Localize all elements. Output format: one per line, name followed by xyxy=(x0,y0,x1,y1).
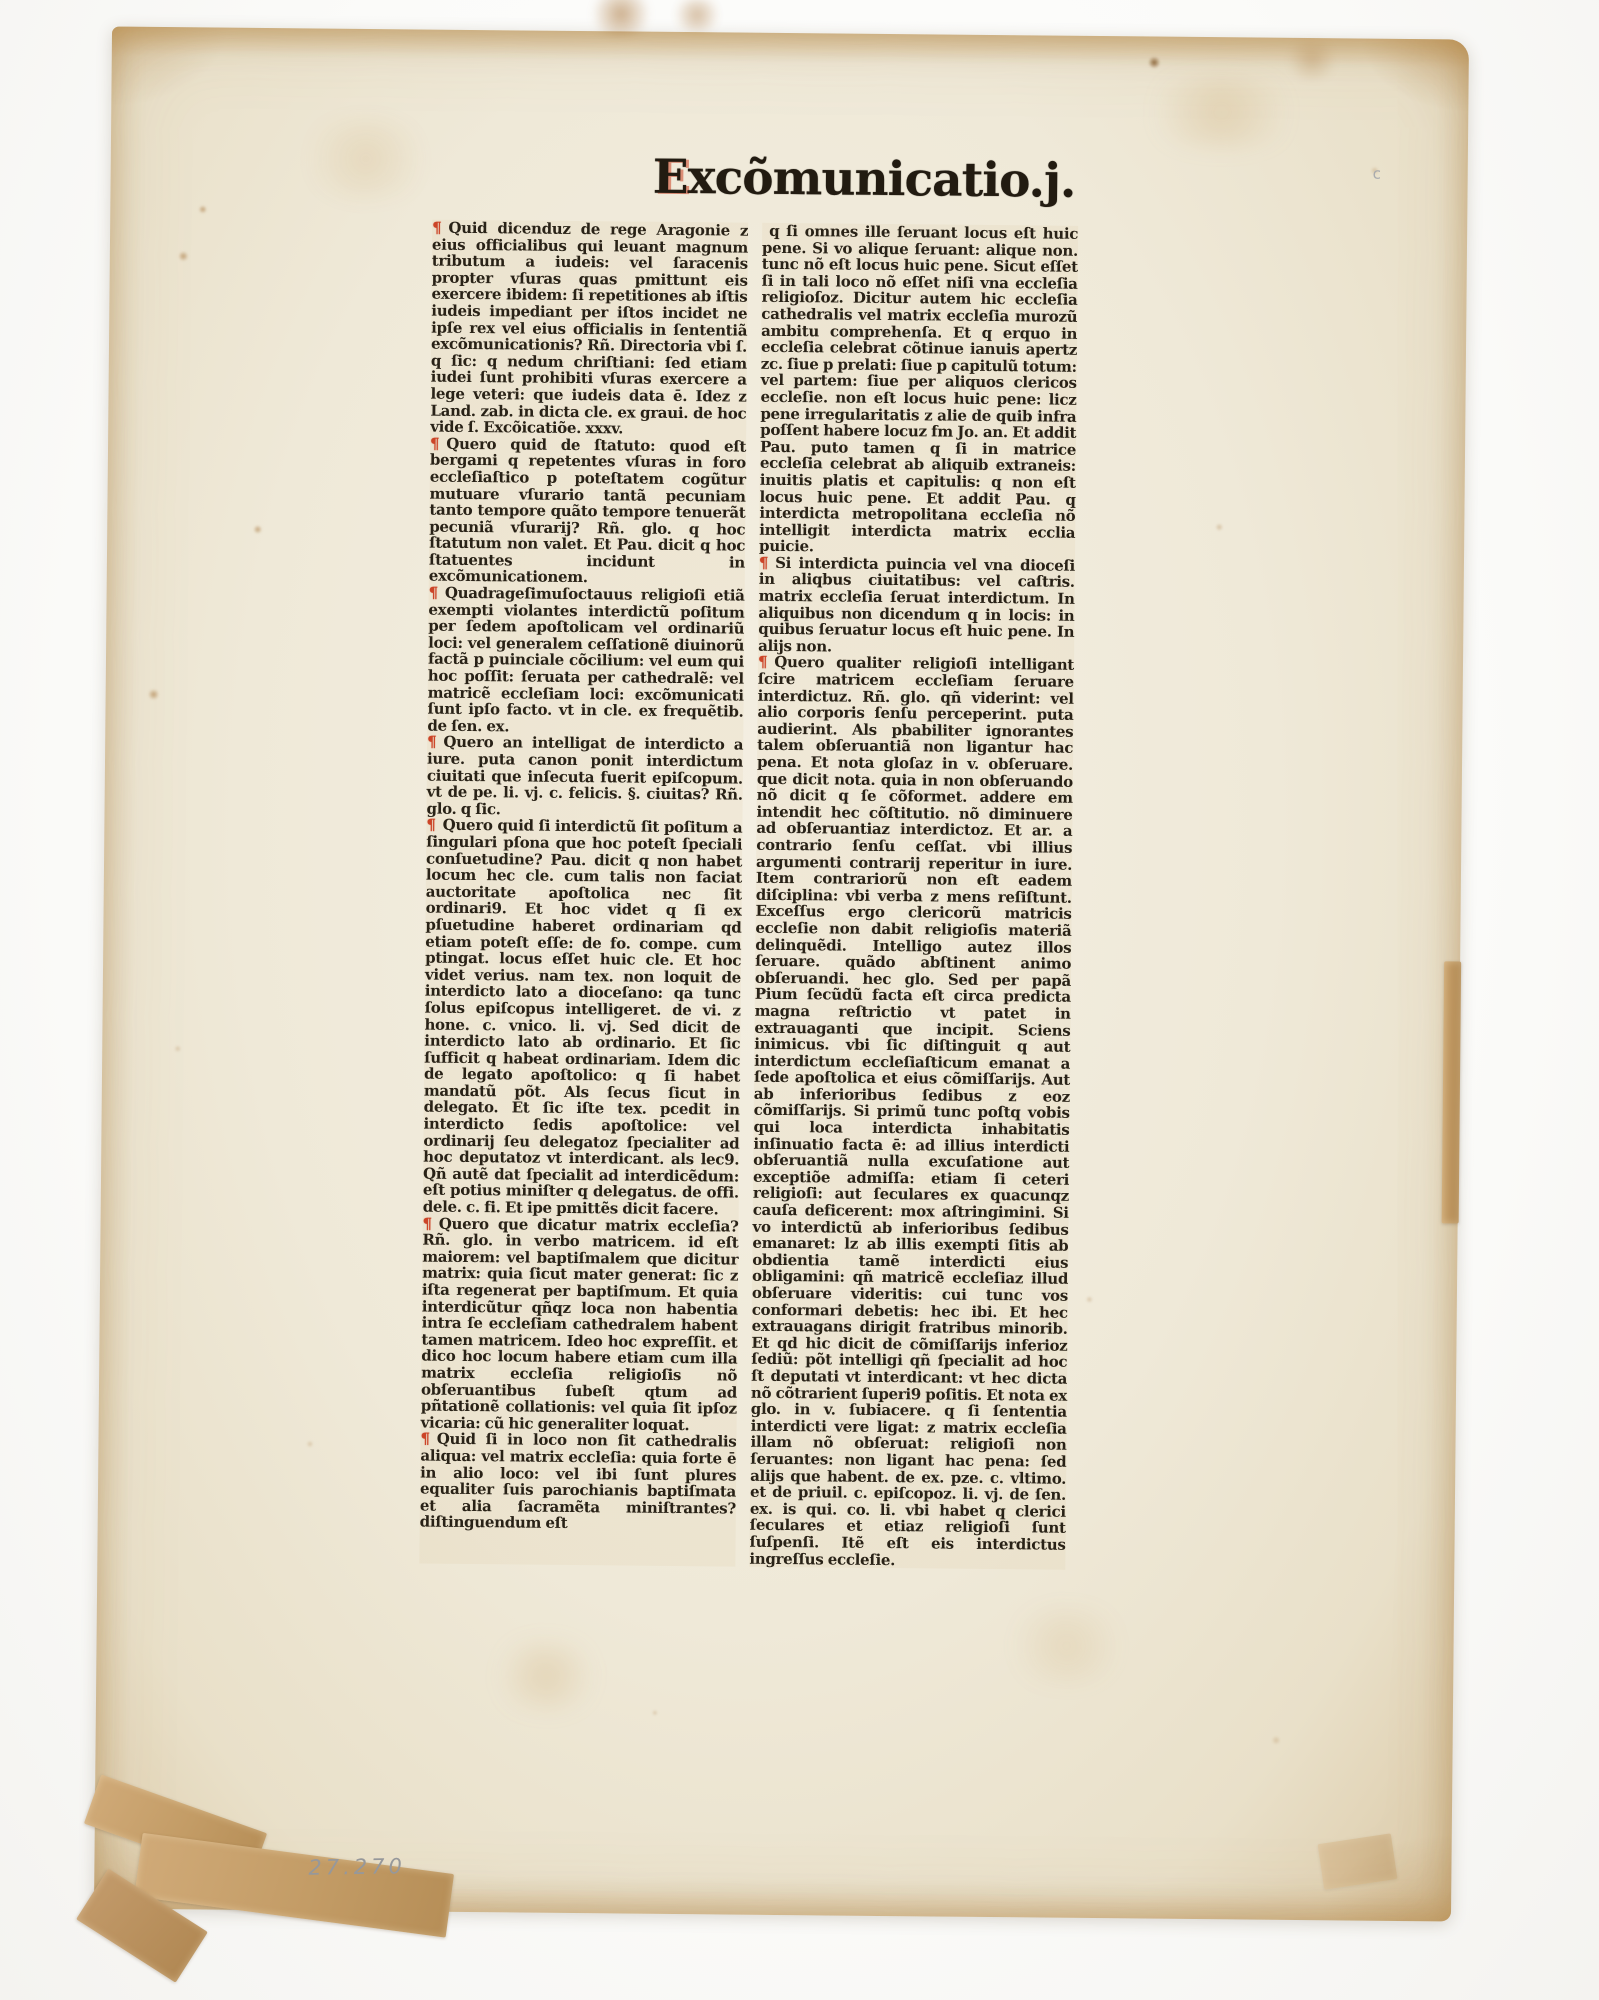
paragraph: ¶Quero quid ſi interdictũ ſit poſitum a … xyxy=(423,817,743,1218)
paragraph: ¶Quid dicenduz de rege Aragonie z eius o… xyxy=(430,220,748,439)
tape-fragment-bottom-left-upper xyxy=(84,1775,267,1883)
inventory-number-pencil: 27.270 xyxy=(308,1854,406,1880)
foxing-spot xyxy=(1086,1296,1093,1303)
page-title: Excõmunicatio.j. xyxy=(110,145,1467,213)
pilcrow-mark: ¶ xyxy=(430,434,446,452)
pilcrow-mark: ¶ xyxy=(758,653,774,671)
tape-fragment-bottom-left-lower xyxy=(76,1869,208,1983)
tape-fragment-bottom-left-long xyxy=(134,1833,454,1938)
column-left: ¶Quid dicenduz de rege Aragonie z eius o… xyxy=(419,220,748,1567)
foxing-spot xyxy=(1148,56,1161,68)
pilcrow-mark: ¶ xyxy=(426,816,442,834)
foxing-spot xyxy=(306,1440,313,1447)
paragraph: ¶Si interdicta puincia vel vna dioceſi i… xyxy=(758,555,1075,658)
paragraph-text: Quero an intelligat de interdicto a iure… xyxy=(426,733,743,818)
photograph-background: Excõmunicatio.j. ¶Quid dicenduz de rege … xyxy=(0,0,1599,2000)
foxing-spot xyxy=(198,205,207,213)
stain-smudge xyxy=(668,0,726,32)
column-right: q ſi omnes ille ſeruant locus eſt huic p… xyxy=(749,223,1078,1570)
stain-patch xyxy=(486,1640,607,1711)
foxing-spot xyxy=(178,251,189,261)
pilcrow-mark: ¶ xyxy=(759,554,775,572)
tape-fragment-bottom-right xyxy=(1318,1833,1398,1889)
foxing-spot xyxy=(652,1710,658,1716)
paragraph: ¶Quero an intelligat de interdicto a iur… xyxy=(426,734,743,820)
tape-fragment-right-edge xyxy=(1442,961,1462,1223)
paragraph: ¶Quero quid de ſtatuto: quod eſt bergami… xyxy=(429,435,746,587)
pilcrow-mark: ¶ xyxy=(429,584,445,602)
foxing-spot xyxy=(174,1045,181,1052)
paragraph: q ſi omnes ille ſeruant locus eſt huic p… xyxy=(759,223,1078,558)
paragraph-text: Si interdicta puincia vel vna dioceſi in… xyxy=(758,554,1075,656)
pilcrow-mark: ¶ xyxy=(427,733,443,751)
foxing-spot xyxy=(1272,1736,1281,1745)
foxing-spot xyxy=(148,689,160,700)
paragraph-text: Quid ſi in loco non ſit cathedralis aliq… xyxy=(420,1430,737,1532)
paragraph-text: Quero qualiter religioſi intelligant ſci… xyxy=(749,653,1074,1568)
paragraph: ¶Quid ſi in loco non ſit cathedralis ali… xyxy=(420,1431,737,1534)
pilcrow-mark: ¶ xyxy=(420,1430,436,1448)
paragraph-text: Quero que dicatur matrix eccleſia? Rñ. g… xyxy=(421,1214,739,1434)
paragraph: ¶Quero que dicatur matrix eccleſia? Rñ. … xyxy=(421,1215,739,1434)
pilcrow-mark: ¶ xyxy=(423,1214,439,1232)
paragraph: ¶Quero qualiter religioſi intelligant ſc… xyxy=(749,654,1074,1570)
paragraph-text: q ſi omnes ille ſeruant locus eſt huic p… xyxy=(759,222,1078,556)
pilcrow-mark: ¶ xyxy=(432,219,448,237)
book-leaf: Excõmunicatio.j. ¶Quid dicenduz de rege … xyxy=(94,27,1469,1922)
paragraph-text: Quero quid ſi interdictũ ſit poſitum a ſ… xyxy=(423,816,743,1218)
stain-patch xyxy=(1131,76,1312,148)
paragraph-text: Quadrageſimuſoctauus religioſi etiã exem… xyxy=(427,584,744,735)
foxing-spot xyxy=(1215,523,1223,531)
paragraph-text: Quero quid de ſtatuto: quod eſt bergami … xyxy=(429,434,746,586)
text-block: ¶Quid dicenduz de rege Aragonie z eius o… xyxy=(419,220,1078,1570)
pencil-mark-c: c xyxy=(1373,165,1381,183)
stain-patch xyxy=(996,1605,1137,1686)
paragraph: ¶Quadrageſimuſoctauus religioſi etiã exe… xyxy=(427,585,744,737)
paragraph-text: Quid dicenduz de rege Aragonie z eius of… xyxy=(430,219,748,438)
foxing-spot xyxy=(253,525,262,534)
